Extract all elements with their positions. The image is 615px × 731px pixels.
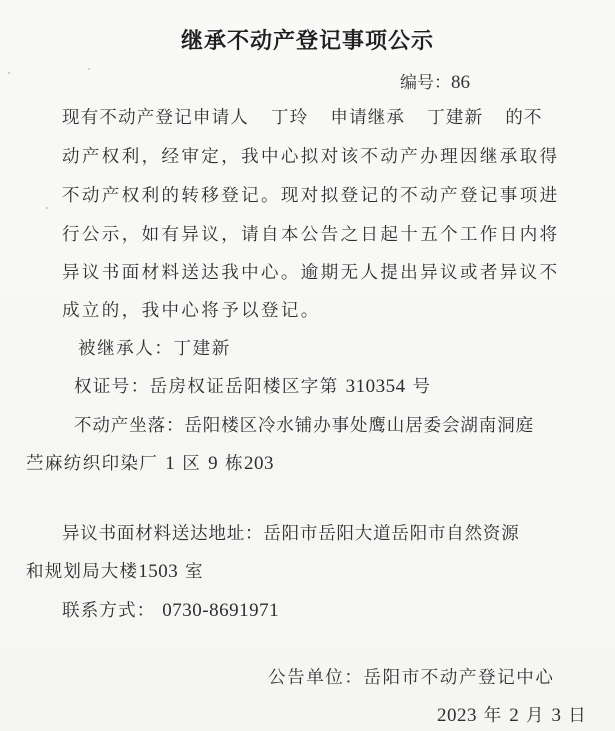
paragraph-line-6: 成立的，我中心将予以登记。 <box>62 297 321 322</box>
certificate-suffix: 号 <box>413 377 432 397</box>
certificate-prefix: 岳房权证岳阳楼区字第 <box>150 377 339 397</box>
paragraph-line-2: 动产权利，经审定，我中心拟对该不动产办理因继承取得 <box>62 143 560 168</box>
objection-address-line1: 岳阳市岳阳大道岳阳市自然资源 <box>263 524 519 544</box>
heir-label: 被继承人： <box>78 339 174 359</box>
document-number-label: 编号： <box>400 73 451 93</box>
date-month-unit: 月 <box>526 706 545 726</box>
address-text: 和规划局大楼 <box>26 562 138 582</box>
location-building-unit: 栋 <box>225 454 244 474</box>
objection-address-line2: 和规划局大楼1503 室 <box>26 558 204 583</box>
paragraph-line-5: 异议书面材料送达我中心。逾期无人提出异议或者异议不 <box>62 259 560 284</box>
location-room: 203 <box>244 453 274 474</box>
scan-speck <box>46 207 48 209</box>
heir-field: 被继承人：丁建新 <box>78 335 231 360</box>
text-segment: 现有不动产登记申请人 <box>62 108 249 128</box>
date-day-unit: 日 <box>568 706 587 726</box>
location-field: 不动产坐落：岳阳楼区冷水铺办事处鹰山居委会湖南洞庭 <box>74 412 534 437</box>
heir-value: 丁建新 <box>174 339 231 359</box>
paragraph-line-4: 行公示，如有异议，请自本公告之日起十五个工作日内将 <box>62 221 560 246</box>
date-year-unit: 年 <box>484 706 503 726</box>
paragraph-line-3: 不动产权利的转移登记。现对拟登记的不动产登记事项进 <box>62 182 560 207</box>
date-day: 3 <box>551 705 561 726</box>
text-segment: 的不 <box>505 108 542 128</box>
location-value-line2: 苎麻纺织印染厂 1 区 9 栋203 <box>26 450 274 475</box>
certificate-field: 权证号：岳房权证岳阳楼区字第 310354 号 <box>74 373 431 398</box>
paragraph-line-1: 现有不动产登记申请人丁玲申请继承丁建新的不 <box>62 104 543 129</box>
contact-label: 联系方式： <box>62 601 156 621</box>
issuer-label: 公告单位： <box>268 668 364 688</box>
address-room-unit: 室 <box>185 562 204 582</box>
issue-date: 2023 年 2 月 3 日 <box>437 702 587 727</box>
contact-field: 联系方式： 0730-8691971 <box>62 597 279 622</box>
objection-address-label: 异议书面材料送达地址： <box>62 524 263 544</box>
issuer-field: 公告单位：岳阳市不动产登记中心 <box>268 664 555 689</box>
location-zone: 1 <box>165 453 175 474</box>
text-segment: 申请继承 <box>330 108 405 128</box>
certificate-label: 权证号： <box>74 377 150 397</box>
scan-speck <box>8 72 10 74</box>
date-year: 2023 <box>437 705 477 726</box>
objection-address-field: 异议书面材料送达地址：岳阳市岳阳大道岳阳市自然资源 <box>62 520 520 545</box>
location-value-line1: 岳阳楼区冷水铺办事处鹰山居委会湖南洞庭 <box>184 416 534 436</box>
location-label: 不动产坐落： <box>74 416 184 436</box>
applicant-name: 丁玲 <box>271 108 308 128</box>
document-title: 继承不动产登记事项公示 <box>0 24 615 55</box>
date-month: 2 <box>509 705 519 726</box>
address-room: 1503 <box>138 561 178 582</box>
document-number: 编号：86 <box>400 68 470 94</box>
document-number-value: 86 <box>451 72 470 93</box>
location-zone-unit: 区 <box>182 454 201 474</box>
document-page: 继承不动产登记事项公示 编号：86 现有不动产登记申请人丁玲申请继承丁建新的不 … <box>0 0 615 731</box>
location-text: 苎麻纺织印染厂 <box>26 454 158 474</box>
location-building: 9 <box>208 453 218 474</box>
certificate-number: 310354 <box>346 376 406 397</box>
issuer-name: 岳阳市不动产登记中心 <box>364 668 555 688</box>
scan-speck <box>88 68 90 70</box>
contact-phone: 0730-8691971 <box>162 600 279 621</box>
decedent-name: 丁建新 <box>427 108 483 128</box>
